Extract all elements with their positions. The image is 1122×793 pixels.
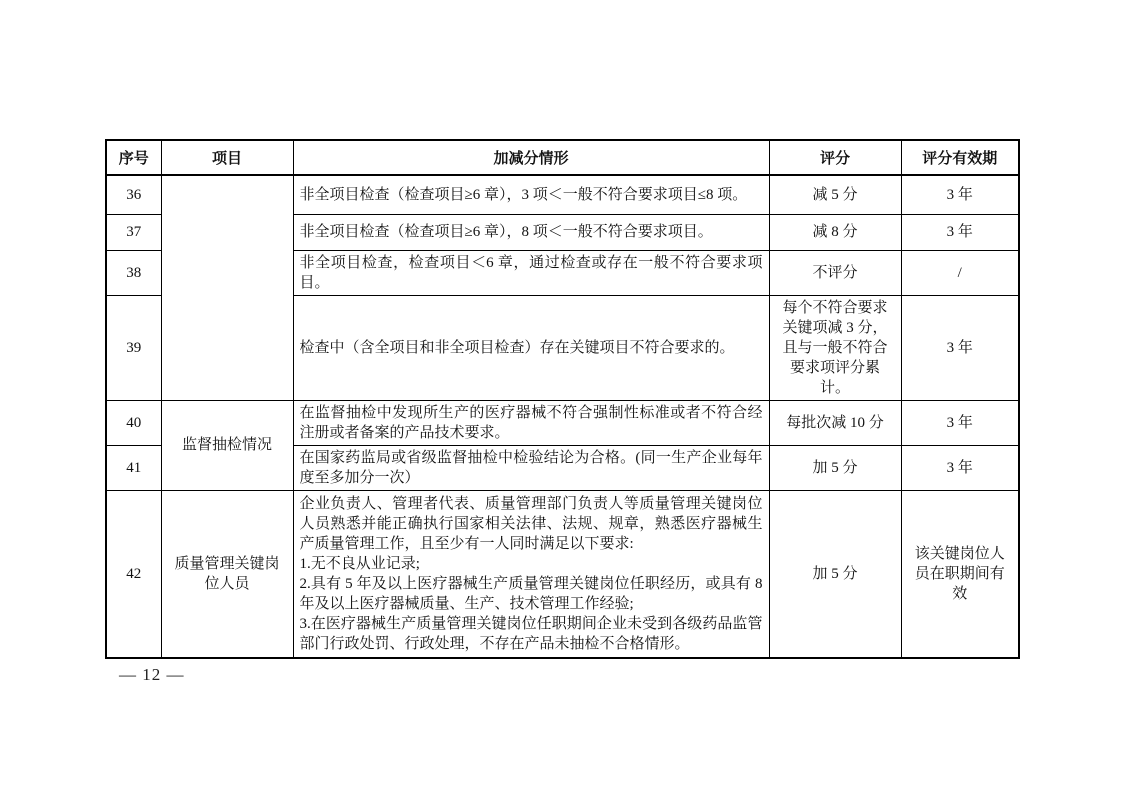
cell-validity: 3 年 — [901, 400, 1019, 445]
cell-situation: 企业负责人、管理者代表、质量管理部门负责人等质量管理关键岗位人员熟悉并能正确执行… — [293, 490, 769, 658]
cell-situation: 检查中（含全项目和非全项目检查）存在关键项目不符合要求的。 — [293, 295, 769, 400]
cell-serial-number: 42 — [106, 490, 161, 658]
table-row: 36 非全项目检查（检查项目≥6 章），3 项＜一般不符合要求项目≤8 项。 减… — [106, 175, 1019, 214]
col-header-serial-number: 序号 — [106, 140, 161, 175]
cell-situation: 在监督抽检中发现所生产的医疗器械不符合强制性标准或者不符合经注册或者备案的产品技… — [293, 400, 769, 445]
cell-serial-number: 41 — [106, 445, 161, 490]
cell-validity: 3 年 — [901, 295, 1019, 400]
cell-validity: 该关键岗位人员在职期间有效 — [901, 490, 1019, 658]
cell-situation: 非全项目检查（检查项目≥6 章），8 项＜一般不符合要求项目。 — [293, 214, 769, 250]
col-header-validity: 评分有效期 — [901, 140, 1019, 175]
score-criteria-table: 序号 项目 加减分情形 评分 评分有效期 36 非全项目检查（检查项目≥6 章）… — [105, 139, 1020, 659]
cell-situation: 非全项目检查（检查项目≥6 章），3 项＜一般不符合要求项目≤8 项。 — [293, 175, 769, 214]
cell-serial-number: 36 — [106, 175, 161, 214]
cell-score: 每批次减 10 分 — [769, 400, 901, 445]
col-header-score: 评分 — [769, 140, 901, 175]
table-row: 40 监督抽检情况 在监督抽检中发现所生产的医疗器械不符合强制性标准或者不符合经… — [106, 400, 1019, 445]
col-header-project: 项目 — [161, 140, 293, 175]
cell-score: 加 5 分 — [769, 445, 901, 490]
cell-validity: 3 年 — [901, 445, 1019, 490]
cell-validity: 3 年 — [901, 175, 1019, 214]
table-row: 42 质量管理关键岗位人员 企业负责人、管理者代表、质量管理部门负责人等质量管理… — [106, 490, 1019, 658]
cell-serial-number: 40 — [106, 400, 161, 445]
document-page: 序号 项目 加减分情形 评分 评分有效期 36 非全项目检查（检查项目≥6 章）… — [0, 0, 1122, 793]
cell-validity: 3 年 — [901, 214, 1019, 250]
cell-score: 加 5 分 — [769, 490, 901, 658]
cell-serial-number: 39 — [106, 295, 161, 400]
cell-score: 每个不符合要求关键项减 3 分，且与一般不符合要求项评分累计。 — [769, 295, 901, 400]
cell-situation: 非全项目检查，检查项目＜6 章，通过检查或存在一般不符合要求项目。 — [293, 250, 769, 295]
col-header-situation: 加减分情形 — [293, 140, 769, 175]
cell-score: 不评分 — [769, 250, 901, 295]
cell-score: 减 8 分 — [769, 214, 901, 250]
cell-serial-number: 38 — [106, 250, 161, 295]
cell-serial-number: 37 — [106, 214, 161, 250]
cell-situation: 在国家药监局或省级监督抽检中检验结论为合格。(同一生产企业每年度至多加分一次） — [293, 445, 769, 490]
table-header-row: 序号 项目 加减分情形 评分 评分有效期 — [106, 140, 1019, 175]
page-number: — 12 — — [119, 665, 185, 685]
cell-project: 质量管理关键岗位人员 — [161, 490, 293, 658]
cell-project: 监督抽检情况 — [161, 400, 293, 490]
cell-validity: / — [901, 250, 1019, 295]
cell-project-empty — [161, 175, 293, 400]
cell-score: 减 5 分 — [769, 175, 901, 214]
